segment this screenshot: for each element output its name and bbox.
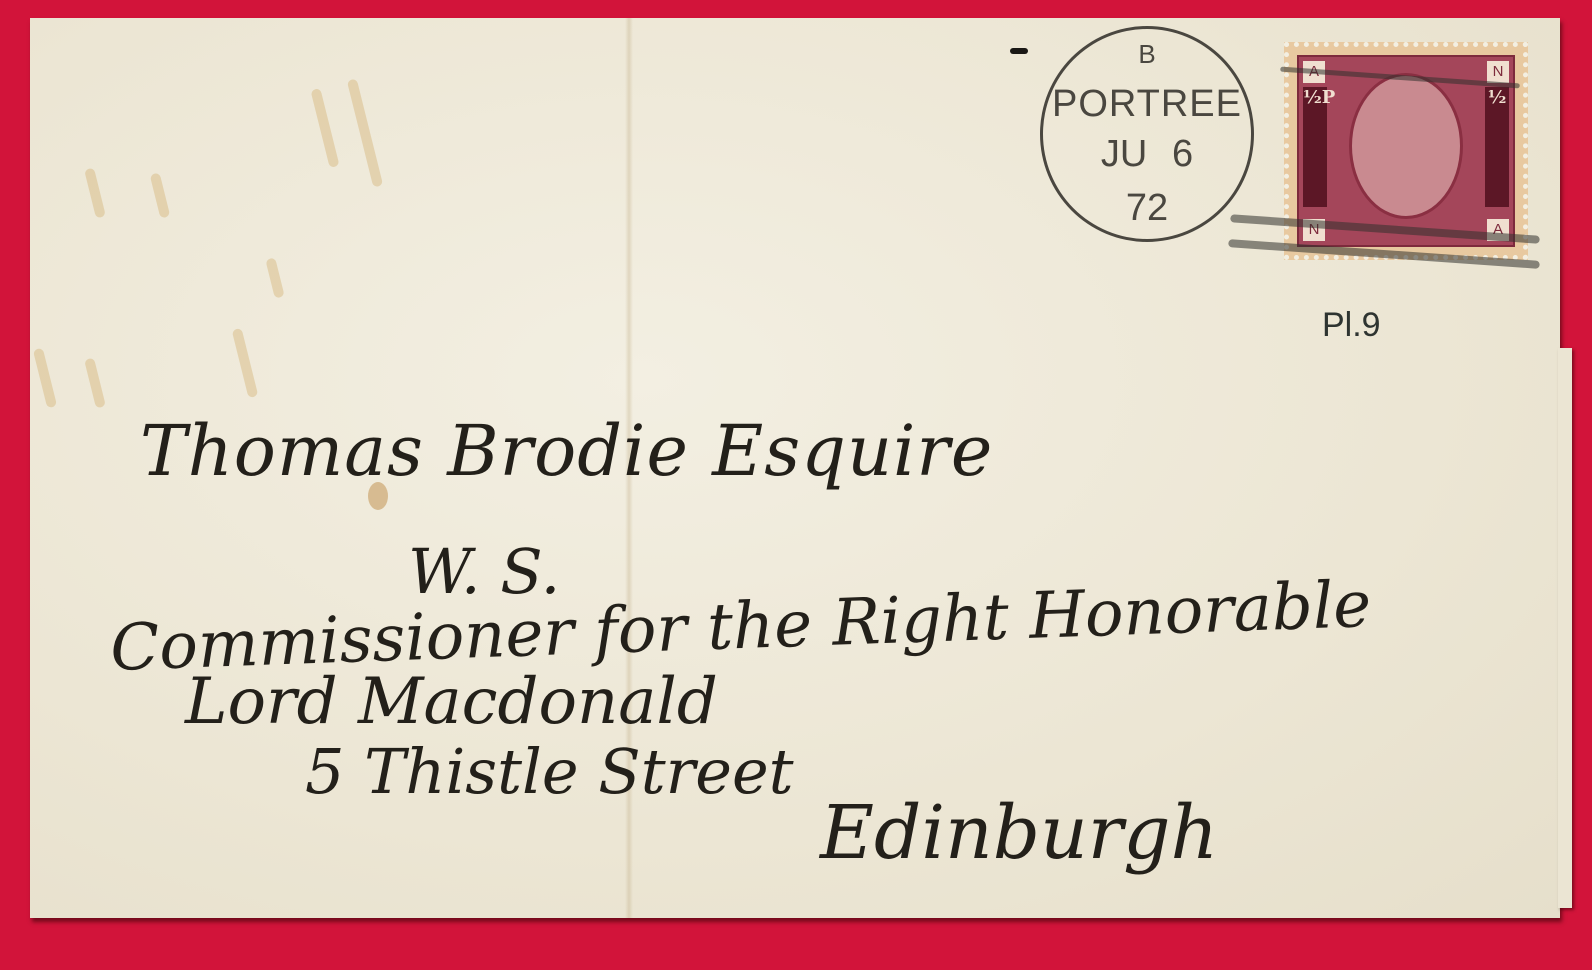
stamp-value-left: ½P [1303, 87, 1327, 207]
postmark-month: JU [1101, 133, 1147, 175]
address-line-city: Edinburgh [820, 790, 1218, 876]
postmark-date: JU 6 [1043, 133, 1251, 176]
plate-number-annotation: Pl.9 [1322, 306, 1381, 345]
stamp-value-right: ½ [1485, 87, 1509, 207]
offset-stain [265, 257, 284, 298]
offset-stain [232, 328, 259, 398]
postmark-code: B [1043, 39, 1251, 70]
queen-portrait-oval [1349, 73, 1463, 219]
ink-dash-mark [1010, 48, 1028, 54]
corner-letter-top-right: N [1487, 61, 1509, 83]
offset-stain [33, 348, 57, 409]
offset-stain [310, 88, 339, 168]
folded-flap-edge [1558, 348, 1572, 908]
postmark-town: PORTREE [1043, 83, 1251, 126]
circular-datestamp-postmark: B PORTREE JU 6 72 [1040, 26, 1254, 242]
postmark-day: 6 [1172, 133, 1193, 175]
address-line-street: 5 Thistle Street [305, 735, 794, 808]
offset-stain [84, 358, 106, 409]
offset-stain [150, 172, 171, 218]
postmark-year: 72 [1043, 187, 1251, 230]
address-line-lord: Lord Macdonald [185, 665, 718, 739]
address-line-name: Thomas Brodie Esquire [140, 410, 993, 492]
offset-stain [84, 168, 106, 219]
offset-stain [347, 78, 383, 187]
